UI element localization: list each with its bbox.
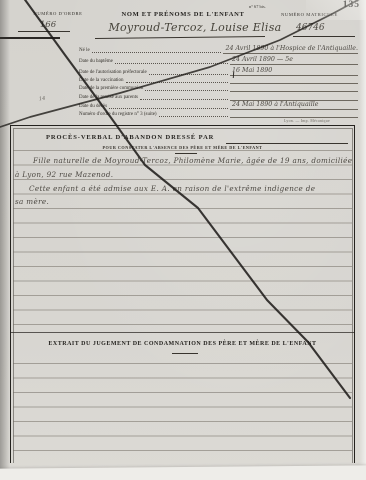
scan-edge-highlight-right: [359, 0, 366, 480]
order-number-rule: [18, 31, 70, 32]
proces-verbal-blank-rule: [226, 143, 348, 144]
scan-edge-bottom-band: [0, 465, 366, 480]
matricule-rule: [293, 36, 355, 37]
proces-verbal-line: sa mère.: [15, 197, 49, 206]
child-name-value: Moyroud-Tercoz, Louise Elisa: [85, 21, 305, 34]
field-row-register-order: Numéro d'ordre du registre n° 3 (suite): [79, 107, 358, 118]
dotted-leader: [159, 115, 228, 117]
field-value: 24 Avril 1890 — 5e: [232, 56, 293, 63]
section-separator-rule: [11, 332, 354, 333]
jugement-divider: [172, 353, 198, 354]
matricule-value: 46746: [296, 23, 325, 33]
proces-verbal-subtitle: POUR CONSTATER L'ABSENCE DES PÈRE ET MÈR…: [10, 145, 355, 150]
margin-mark: 14: [39, 96, 46, 103]
proces-verbal-line: à Lyon, 92 rue Mazenod.: [15, 170, 113, 179]
child-name-rule: [95, 36, 265, 39]
proces-verbal-line: Fille naturelle de Moyroud-Tercoz, Philo…: [33, 156, 352, 165]
form-title: NOM ET PRÉNOMS DE L'ENFANT: [75, 11, 291, 18]
form-reference: n° 67 bis.: [249, 4, 266, 9]
order-number-value: 166: [20, 20, 76, 30]
dotted-leader: [115, 62, 228, 64]
proces-verbal-title: PROCÈS-VERBAL D'ABANDON DRESSÉ PAR: [46, 134, 214, 141]
scanned-register-page: 135 n° 67 bis. NUMÉRO D'ORDRE 166 NOM ET…: [0, 0, 366, 480]
dotted-leader: [92, 51, 222, 53]
printer-imprint: Lyon. — Imp. Mécanique: [284, 119, 330, 123]
field-label: Numéro d'ordre du registre n° 3 (suite): [79, 112, 157, 118]
ruled-lines-lower: [13, 363, 352, 461]
jugement-title: EXTRAIT DU JUGEMENT DE CONDAMNATION DES …: [12, 341, 353, 347]
scan-corner-highlight: [306, 0, 366, 20]
subtitle-divider: [175, 153, 197, 154]
scan-edge-shadow-left: [0, 0, 10, 480]
field-value: 24 Avril 1890 à l'Hospice de l'Antiquail…: [225, 45, 358, 52]
proces-verbal-line: Cette enfant a été admise aux E. A. en r…: [29, 184, 315, 193]
